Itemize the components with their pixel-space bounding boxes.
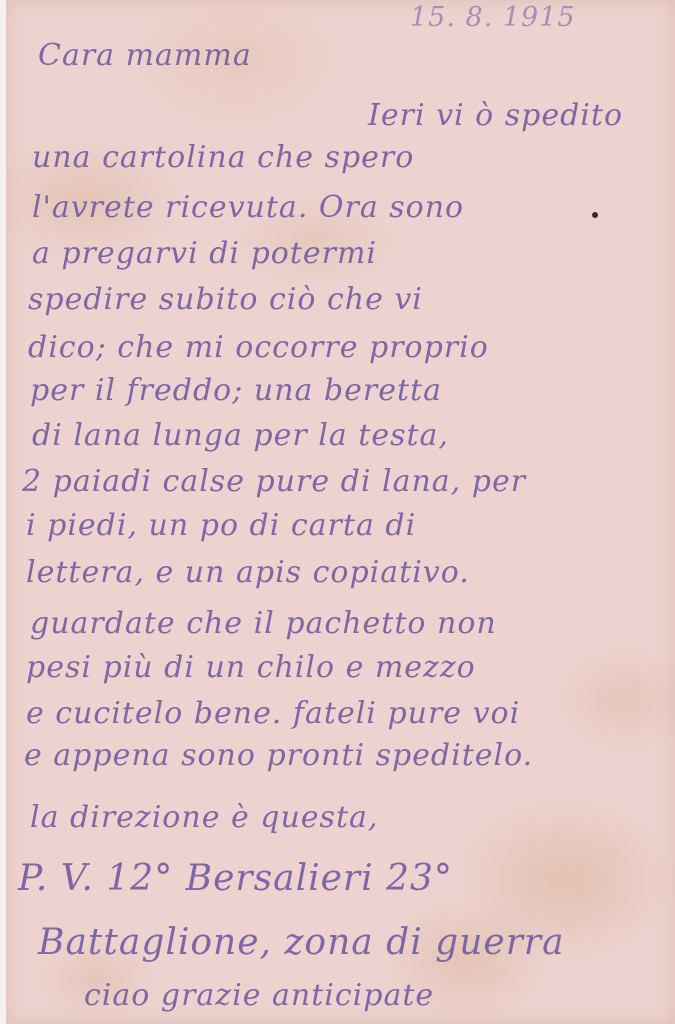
letter-line: a pregarvi di potermi — [32, 236, 377, 271]
letter-line: i piedi, un po di carta di — [26, 508, 416, 543]
letter-line: di lana lunga per la testa, — [32, 418, 449, 453]
postcard: 15. 8. 1915 Cara mamma Ieri vi ò spedito… — [6, 0, 675, 1024]
letter-line: 2 paiadi calse pure di lana, per — [22, 464, 526, 499]
date: 15. 8. 1915 — [410, 2, 576, 33]
letter-line: la direzione è questa, — [30, 800, 378, 835]
letter-line: pesi più di un chilo e mezzo — [26, 650, 476, 685]
letter-line: l'avrete ricevuta. Ora sono — [32, 190, 464, 225]
letter-line: per il freddo; una beretta — [30, 373, 442, 408]
letter-line: Ieri vi ò spedito — [368, 98, 623, 133]
letter-line: lettera, e un apis copiativo. — [26, 555, 470, 590]
letter-line: e cucitelo bene. fateli pure voi — [26, 696, 520, 731]
letter-line: e appena sono pronti speditelo. — [24, 738, 533, 773]
letter-line: una cartolina che spero — [32, 140, 414, 175]
letter-line: spedire subito ciò che vi — [28, 282, 423, 317]
salutation: Cara mamma — [38, 38, 252, 73]
letter-line: guardate che il pachetto non — [30, 606, 497, 641]
closing: ciao grazie anticipate — [84, 978, 434, 1013]
ink-spot — [592, 212, 598, 218]
address-line: P. V. 12° Bersalieri 23° — [18, 858, 453, 899]
letter-line: dico; che mi occorre proprio — [28, 330, 489, 365]
address-line: Battaglione, zona di guerra — [38, 922, 565, 963]
